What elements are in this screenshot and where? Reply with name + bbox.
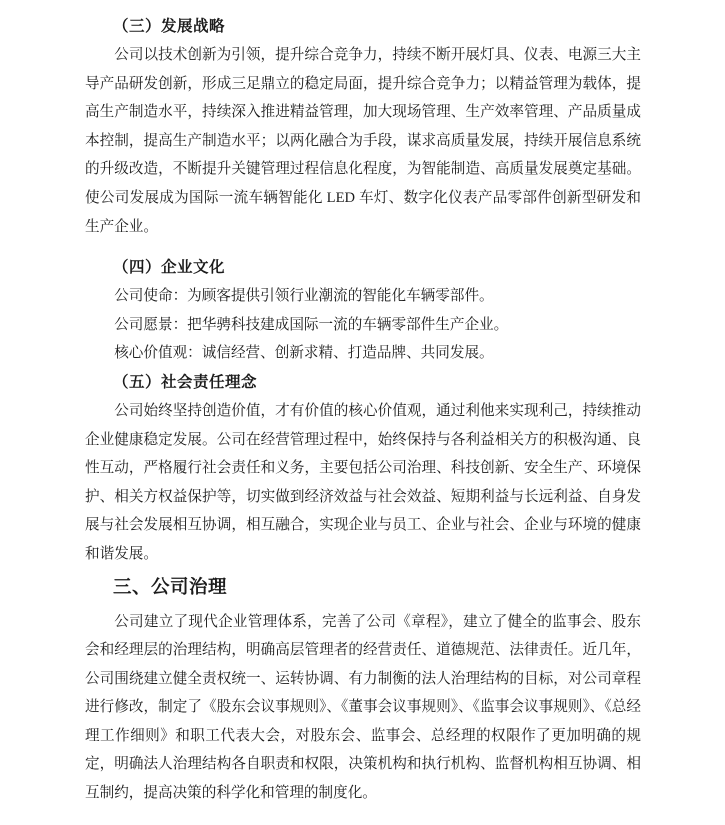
culture-mission-line: 公司使命：为顾客提供引领行业潮流的智能化车辆零部件。 (85, 282, 641, 311)
section-development-strategy: （三）发展战略 公司以技术创新为引领，提升综合竞争力，持续不断开展灯具、仪表、电… (85, 12, 641, 241)
section-corporate-culture: （四）企业文化 公司使命：为顾客提供引领行业潮流的智能化车辆零部件。 公司愿景：… (85, 253, 641, 368)
paragraph-social-responsibility: 公司始终坚持创造价值，才有价值的核心价值观，通过利他来实现利己，持续推动企业健康… (85, 397, 641, 569)
section-heading-development-strategy: （三）发展战略 (85, 12, 641, 41)
section-heading-corporate-culture: （四）企业文化 (85, 253, 641, 282)
paragraph-development-strategy: 公司以技术创新为引领，提升综合竞争力，持续不断开展灯具、仪表、电源三大主导产品研… (85, 41, 641, 241)
document-page: （三）发展战略 公司以技术创新为引领，提升综合竞争力，持续不断开展灯具、仪表、电… (0, 0, 725, 825)
section-heading-corporate-governance: 三、公司治理 (85, 571, 641, 602)
section-social-responsibility: （五）社会责任理念 公司始终坚持创造价值，才有价值的核心价值观，通过利他来实现利… (85, 368, 641, 569)
culture-vision-line: 公司愿景：把华骋科技建成国际一流的车辆零部件生产企业。 (85, 311, 641, 340)
section-corporate-governance: 三、公司治理 公司建立了现代企业管理体系，完善了公司《章程》，建立了健全的监事会… (85, 571, 641, 808)
section-heading-social-responsibility: （五）社会责任理念 (85, 368, 641, 397)
paragraph-corporate-governance: 公司建立了现代企业管理体系，完善了公司《章程》，建立了健全的监事会、股东会和经理… (85, 608, 641, 808)
culture-core-values-line: 核心价值观：诚信经营、创新求精、打造品牌、共同发展。 (85, 339, 641, 368)
